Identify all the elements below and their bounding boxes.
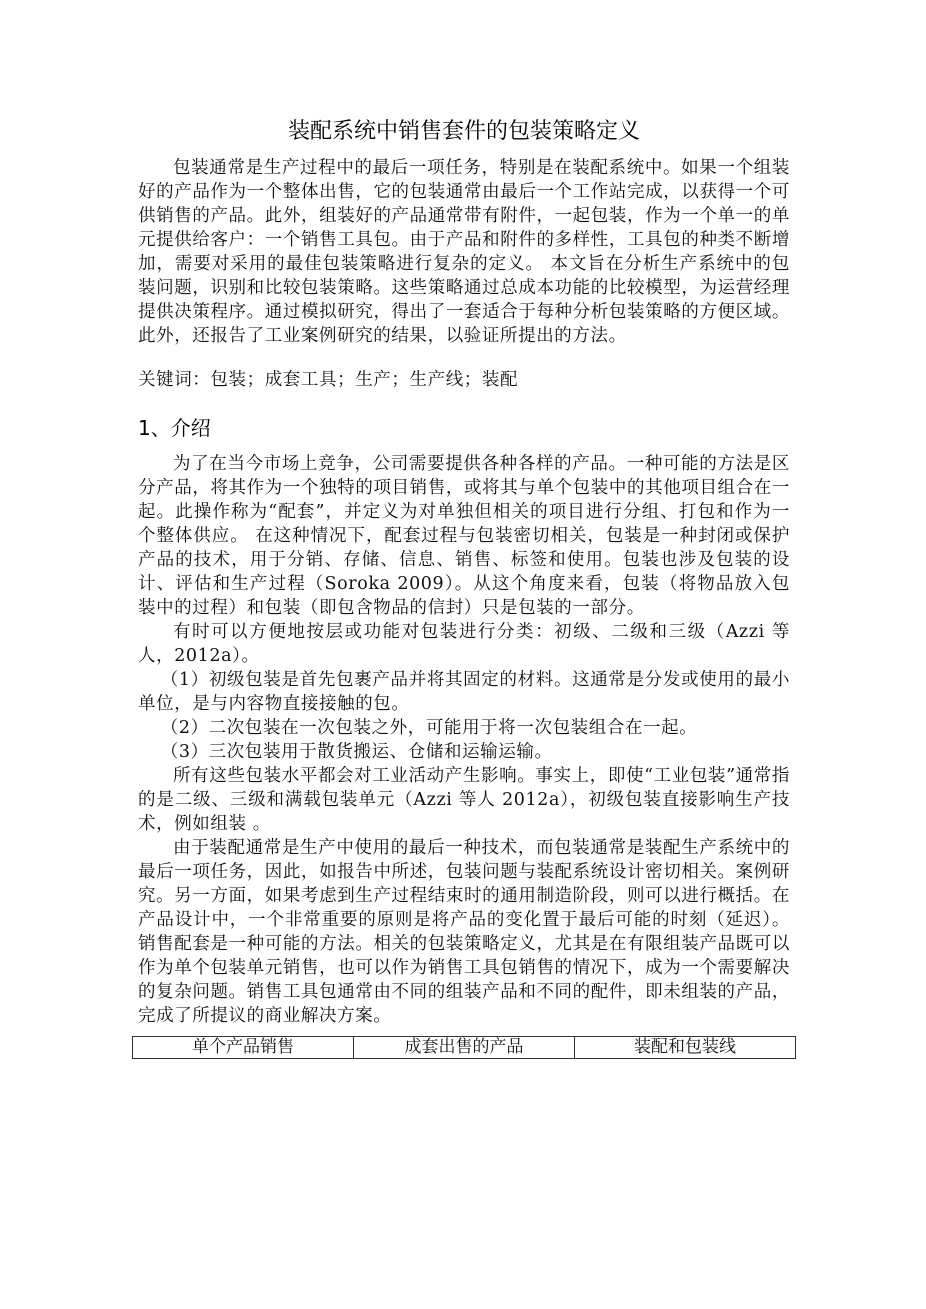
section-introduction-body: 为了在当今市场上竞争，公司需要提供各种各样的产品。一种可能的方法是区分产品，将其… <box>138 452 790 1028</box>
figure-table: 单个产品销售 成套出售的产品 装配和包装线 <box>132 1036 796 1059</box>
paragraph: 所有这些包装水平都会对工业活动产生影响。事实上，即使“工业包装”通常指的是二级、… <box>138 764 790 836</box>
keywords: 关键词：包装；成套工具；生产；生产线；装配 <box>138 368 790 392</box>
keywords-text: 关键词：包装；成套工具；生产；生产线；装配 <box>138 368 790 392</box>
table-header-cell: 成套出售的产品 <box>354 1037 575 1059</box>
paper-title: 装配系统中销售套件的包装策略定义 <box>138 117 790 147</box>
table-header-cell: 装配和包装线 <box>575 1037 796 1059</box>
abstract-text: 包装通常是生产过程中的最后一项任务，特别是在装配系统中。如果一个组装好的产品作为… <box>138 156 790 348</box>
table-header-cell: 单个产品销售 <box>133 1037 354 1059</box>
abstract: 包装通常是生产过程中的最后一项任务，特别是在装配系统中。如果一个组装好的产品作为… <box>138 156 790 348</box>
section-heading-introduction: 1、介绍 <box>138 414 211 442</box>
paragraph: 为了在当今市场上竞争，公司需要提供各种各样的产品。一种可能的方法是区分产品，将其… <box>138 452 790 620</box>
list-item: （3）三次包装用于散货搬运、仓储和运输运输。 <box>138 740 790 764</box>
list-item: （1）初级包装是首先包裹产品并将其固定的材料。这通常是分发或使用的最小单位，是与… <box>138 668 790 716</box>
paragraph: 由于装配通常是生产中使用的最后一种技术，而包装通常是装配生产系统中的最后一项任务… <box>138 836 790 1028</box>
paragraph: 有时可以方便地按层或功能对包装进行分类：初级、二级和三级（Azzi 等人，201… <box>138 620 790 668</box>
table-row: 单个产品销售 成套出售的产品 装配和包装线 <box>133 1037 796 1059</box>
list-item: （2）二次包装在一次包装之外，可能用于将一次包装组合在一起。 <box>138 716 790 740</box>
